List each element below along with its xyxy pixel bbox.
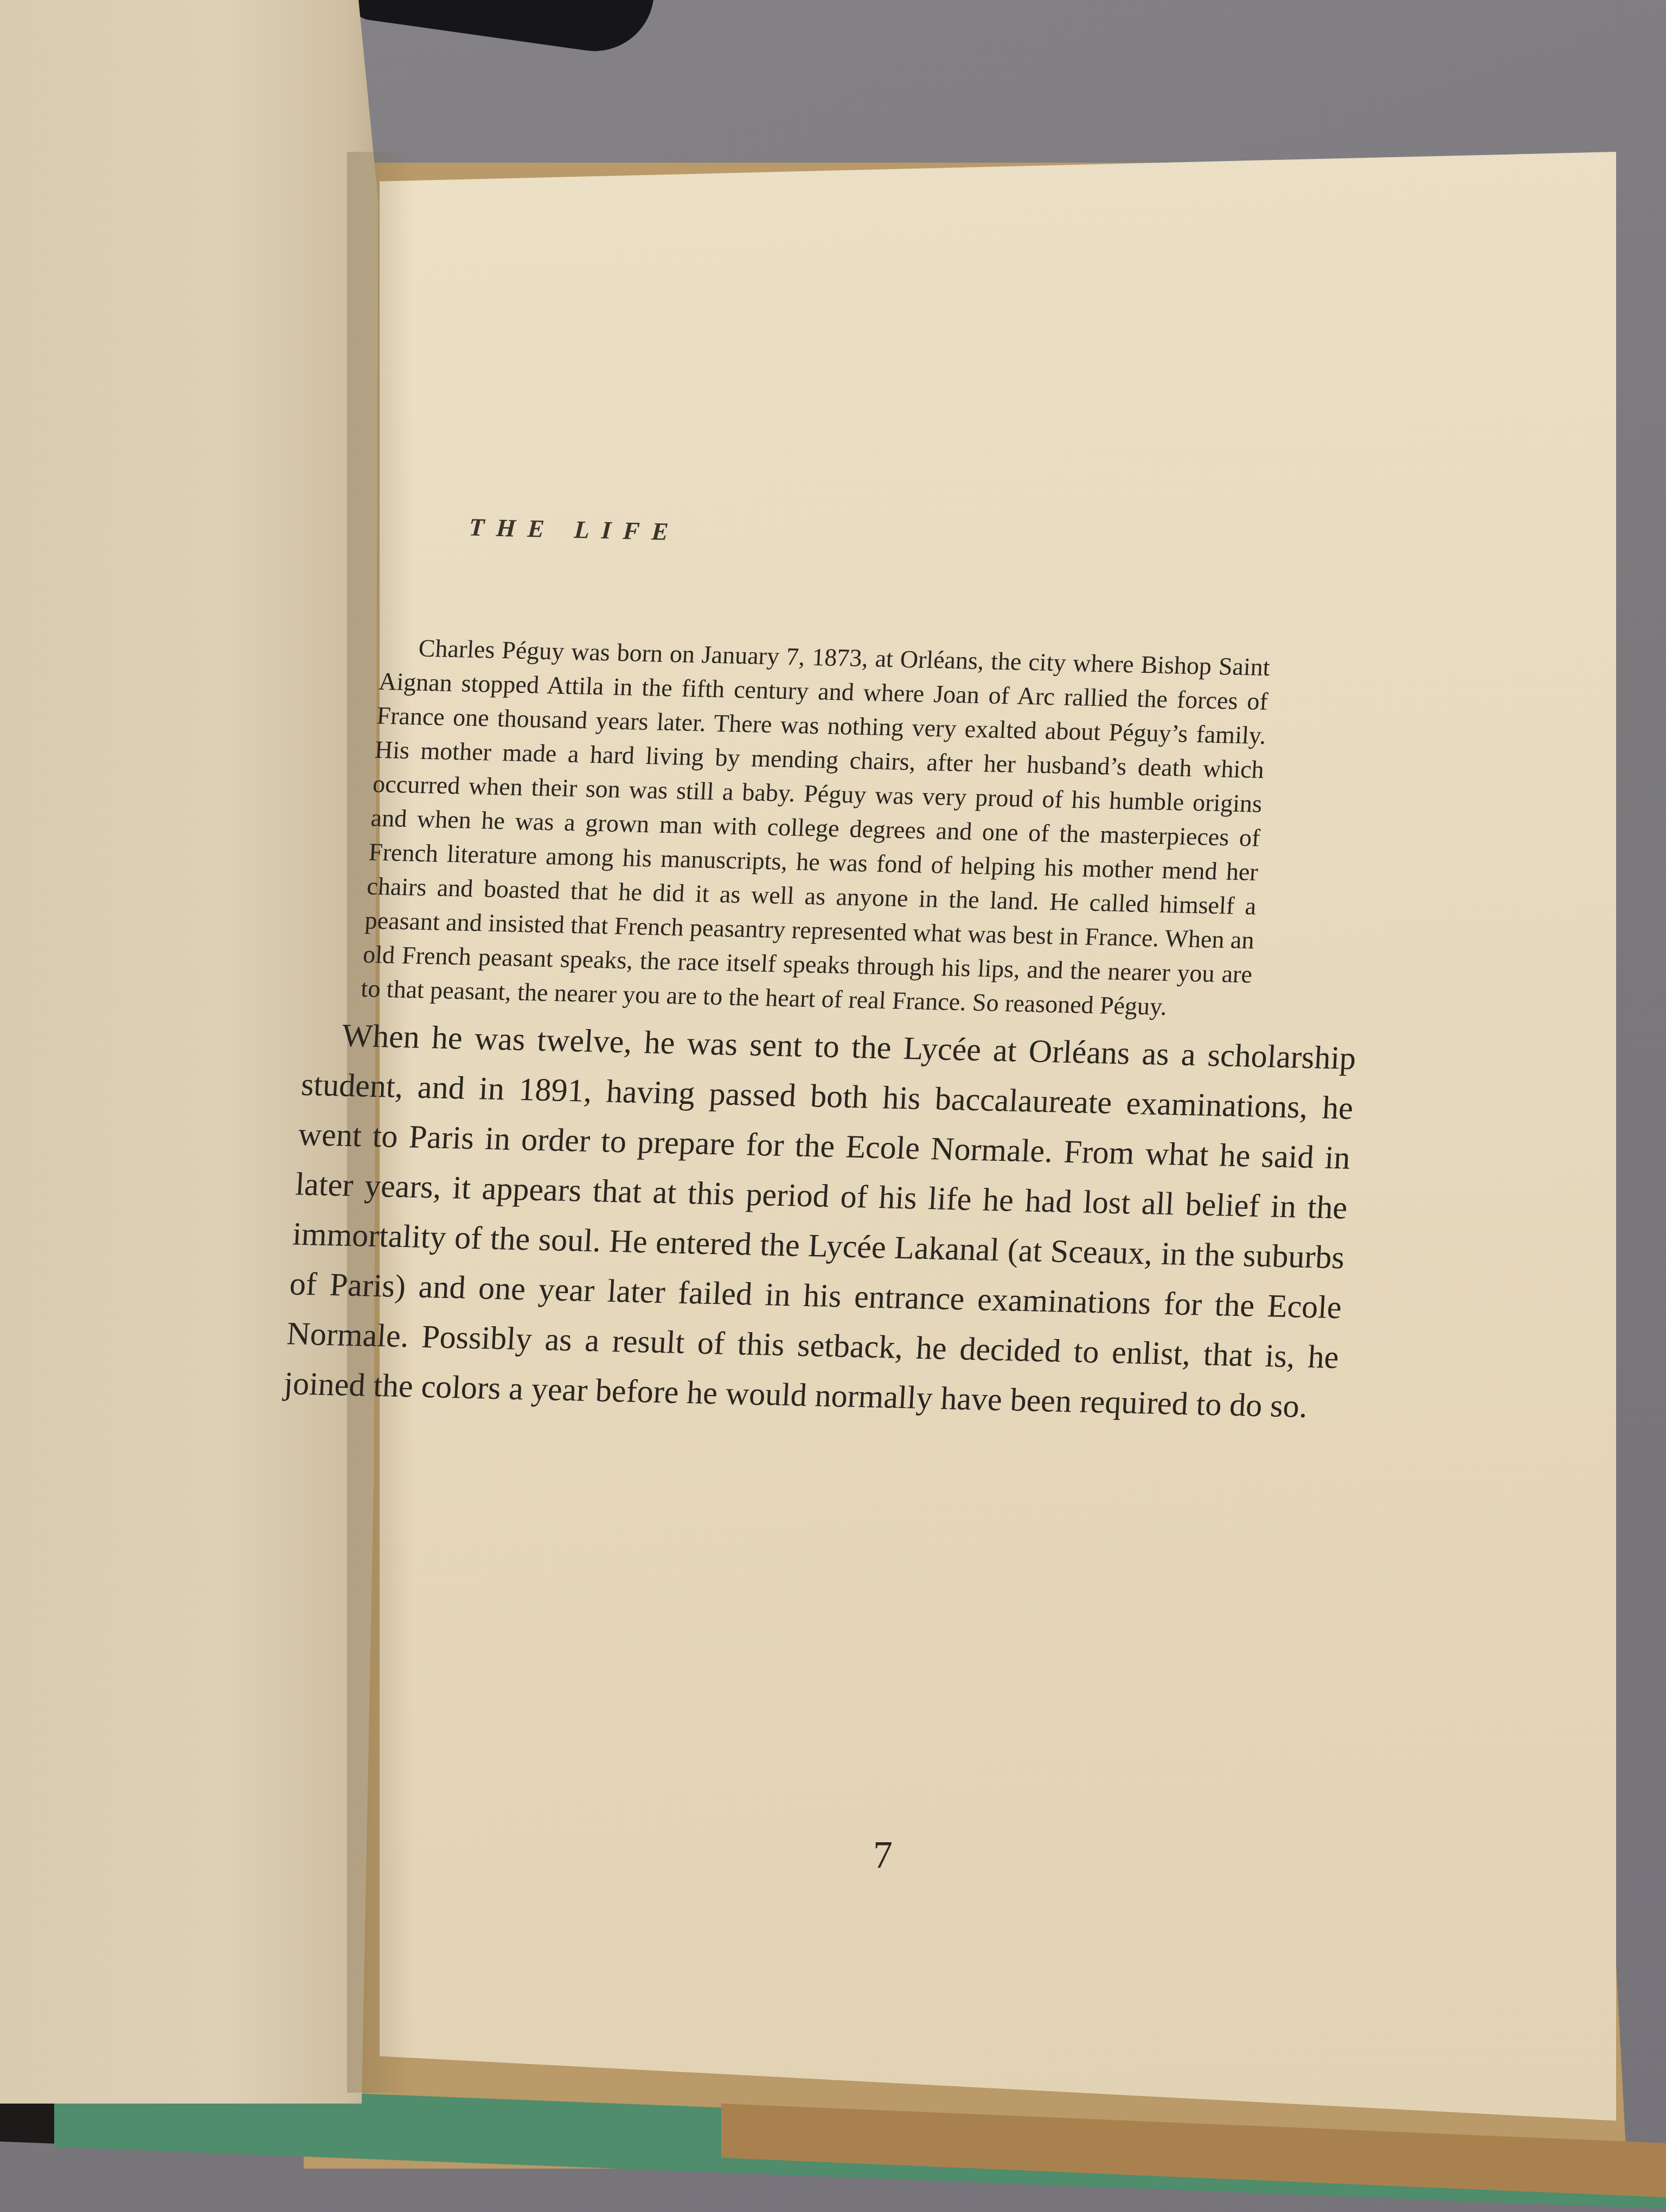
- paragraph-2: When he was twelve, he was sent to the L…: [283, 1009, 1357, 1432]
- body-text: Charles Péguy was born on January 7, 187…: [283, 629, 1347, 1431]
- page-number: 7: [873, 1832, 893, 1877]
- paragraph-1: Charles Péguy was born on January 7, 187…: [360, 630, 1271, 1025]
- chapter-heading: THE LIFE: [468, 513, 681, 546]
